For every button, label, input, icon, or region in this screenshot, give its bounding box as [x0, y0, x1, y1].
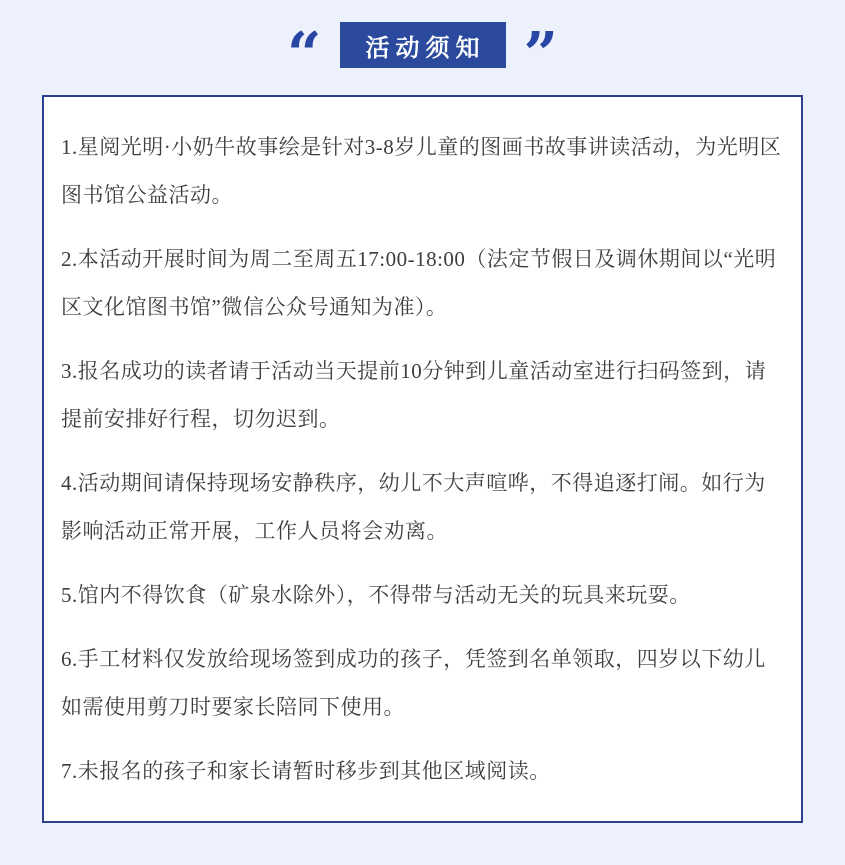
section-title: 活动须知 [366, 28, 486, 63]
notice-item-1: 1.星阅光明·小奶牛故事绘是针对3-8岁儿童的图画书故事讲读活动，为光明区图书馆… [61, 123, 784, 219]
section-title-badge: 活动须知 [340, 22, 506, 68]
notice-page: “ 活动须知 ” 1.星阅光明·小奶牛故事绘是针对3-8岁儿童的图画书故事讲读活… [0, 0, 845, 865]
notice-item-3: 3.报名成功的读者请于活动当天提前10分钟到儿童活动室进行扫码签到，请提前安排好… [61, 347, 784, 443]
notice-item-4: 4.活动期间请保持现场安静秩序，幼儿不大声喧哗，不得追逐打闹。如行为影响活动正常… [61, 459, 784, 555]
notice-item-5: 5.馆内不得饮食（矿泉水除外），不得带与活动无关的玩具来玩耍。 [61, 571, 784, 619]
close-quote-icon: ” [524, 32, 559, 78]
section-header: “ 活动须知 ” [0, 0, 845, 68]
open-quote-icon: “ [287, 32, 322, 78]
notice-item-2: 2.本活动开展时间为周二至周五17:00-18:00（法定节假日及调休期间以“光… [61, 235, 784, 331]
notice-box: 1.星阅光明·小奶牛故事绘是针对3-8岁儿童的图画书故事讲读活动，为光明区图书馆… [42, 95, 803, 823]
notice-item-6: 6.手工材料仅发放给现场签到成功的孩子，凭签到名单领取，四岁以下幼儿如需使用剪刀… [61, 635, 784, 731]
notice-item-7: 7.未报名的孩子和家长请暂时移步到其他区域阅读。 [61, 747, 784, 795]
